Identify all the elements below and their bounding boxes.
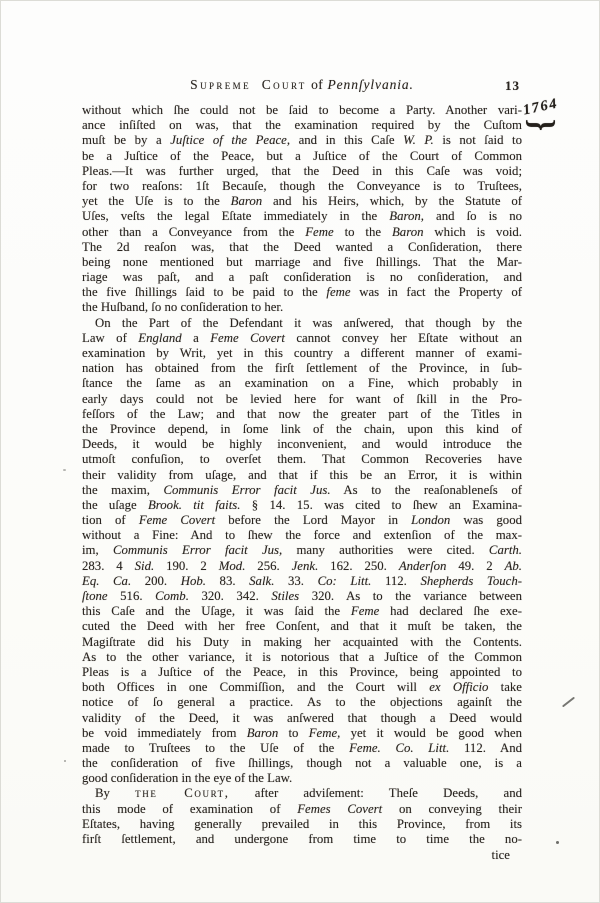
text-line: riage was paſt, and a paſt conſideration… xyxy=(82,270,522,285)
text-line: utmoſt confuſion, to overſet them. That … xyxy=(82,452,522,467)
text-line: made to Truſtees to the Uſe of the Feme.… xyxy=(82,741,522,756)
text-line: Law of England a Feme Covert cannot conv… xyxy=(82,331,522,346)
text-line: the five ſhillings ſaid to be paid to th… xyxy=(82,285,522,300)
text-line: other than a Conveyance from the Feme to… xyxy=(82,225,522,240)
text-line: the maxim, Communis Error facit Jus. As … xyxy=(82,483,522,498)
text-line: the conſideration of five ſhillings, tho… xyxy=(82,756,522,771)
running-header: Supreme Court of Pennſylvania. 13 xyxy=(82,77,522,95)
page-body-text: without which ſhe could not be ſaid to b… xyxy=(82,103,522,847)
text-line: Eq. Ca. 200. Hob. 83. Salk. 33. Co: Litt… xyxy=(82,574,522,589)
text-line: Pleas is a Juſtice of the Peace, in this… xyxy=(82,665,522,680)
text-line: firſt ſettlement, and undergone from tim… xyxy=(82,832,522,847)
text-line: be void immediately from Baron to Feme, … xyxy=(82,726,522,741)
text-line: Uſes, veſts the legal Eſtate immediately… xyxy=(82,209,522,224)
text-line: yet the Uſe is to the Baron and his Heir… xyxy=(82,194,522,209)
text-line: the Province depend, in ſome link of the… xyxy=(82,422,522,437)
text-line: Magiſtrate did his Duty in making her ac… xyxy=(82,635,522,650)
text-line: nation has obtained from the firſt ſettl… xyxy=(82,361,522,376)
catchword: tice xyxy=(82,848,522,863)
text-line: ſtance the ſame as an examination on a F… xyxy=(82,376,522,391)
text-line: 283. 4 Sid. 190. 2 Mod. 256. Jenk. 162. … xyxy=(82,559,522,574)
text-line: be a Juſtice of the Peace, but a Juſtice… xyxy=(82,149,522,164)
text-line: cuted the Deed with her free Conſent, an… xyxy=(82,619,522,634)
text-line: Pleas.—It was further urged, that the De… xyxy=(82,164,522,179)
text-line: early days could not be levied here for … xyxy=(82,392,522,407)
text-line: this Caſe and the Uſage, it was ſaid the… xyxy=(82,604,522,619)
text-line: As to the other variance, it is notoriou… xyxy=(82,650,522,665)
scan-artifact-dot xyxy=(64,760,66,762)
text-line: examination by Writ, yet in this country… xyxy=(82,346,522,361)
text-line: for two reaſons: 1ſt Becauſe, though the… xyxy=(82,179,522,194)
text-line: the Huſband, ſo no conſideration to her. xyxy=(82,300,522,315)
margin-brace-icon: } xyxy=(517,104,565,146)
text-line: without a Fine: And to ſhew the force an… xyxy=(82,528,522,543)
text-line: both Offices in one Commiſſion, and the … xyxy=(82,680,522,695)
text-line: The 2d reaſon was, that the Deed wanted … xyxy=(82,240,522,255)
brace-glyph: } xyxy=(521,119,560,131)
scan-artifact-slash xyxy=(562,697,575,708)
text-line: tion of Feme Covert before the Lord Mayo… xyxy=(82,513,522,528)
header-court-name: Supreme Court xyxy=(190,77,307,92)
text-line: without which ſhe could not be ſaid to b… xyxy=(82,103,522,118)
text-line: notice of ſo general a practice. As to t… xyxy=(82,695,522,710)
text-line: On the Part of the Defendant it was anſw… xyxy=(82,316,522,331)
header-place-name: Pennſylvania. xyxy=(328,77,414,92)
text-line: validity of the Deed, it was anſwered th… xyxy=(82,711,522,726)
scan-artifact-dot xyxy=(63,469,66,471)
header-title: Supreme Court of Pennſylvania. xyxy=(82,77,522,93)
text-line: Deeds, it would be highly inconvenient, … xyxy=(82,437,522,452)
header-of: of xyxy=(310,77,324,92)
text-line: muſt be by a Juſtice of the Peace, and i… xyxy=(82,133,522,148)
text-line: this mode of examination of Femes Covert… xyxy=(82,802,522,817)
scanned-book-page: Supreme Court of Pennſylvania. 13 1764 }… xyxy=(0,0,600,903)
text-line: being none mentioned but marriage and fi… xyxy=(82,255,522,270)
text-line: By the Court, after adviſement: Theſe De… xyxy=(82,786,522,801)
text-line: their validity from uſage, and that if t… xyxy=(82,468,522,483)
text-line: ance inſiſted on was, that the examinati… xyxy=(82,118,522,133)
text-line: the uſage Brook. tit faits. § 14. 15. wa… xyxy=(82,498,522,513)
page-number: 13 xyxy=(505,78,520,94)
text-line: im, Communis Error facit Jus, many autho… xyxy=(82,543,522,558)
text-line: Eſtates, having generally prevailed in t… xyxy=(82,817,522,832)
text-line: feſſors of the Law; and that now the gre… xyxy=(82,407,522,422)
text-line: ſtone 516. Comb. 320. 342. Stiles 320. A… xyxy=(82,589,522,604)
scan-artifact-dot xyxy=(556,841,559,844)
text-line: good conſideration in the eye of the Law… xyxy=(82,771,522,786)
